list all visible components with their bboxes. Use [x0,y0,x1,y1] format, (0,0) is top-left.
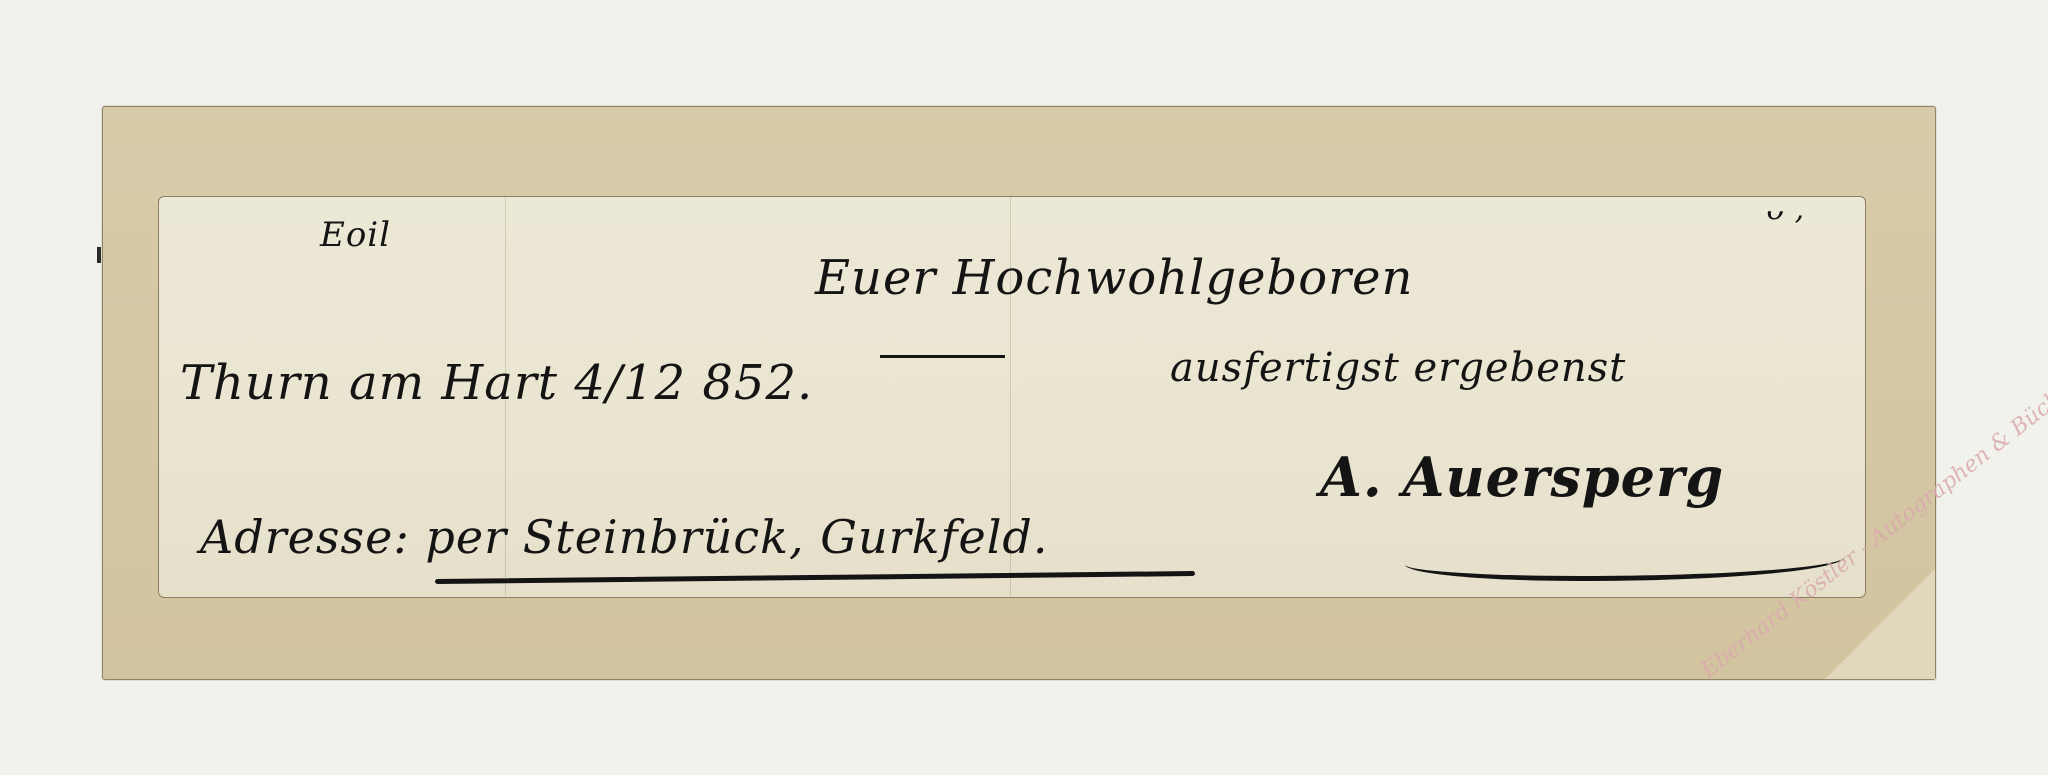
corner-mark: ᴗ , [1765,192,1805,227]
signature: A. Auersperg [1320,445,1724,509]
edge-mark [97,247,101,263]
place-and-date: Thurn am Hart 4/12 852. [180,355,813,411]
top-left-annotation: Eoil [320,215,391,255]
closing-phrase: ausfertigst ergebenst [1170,345,1626,391]
address-route: Adresse: per Steinbrück, Gurkfeld. [200,510,1048,564]
date-overline [880,355,1005,358]
salutation: Euer Hochwohlgeboren [815,250,1413,306]
